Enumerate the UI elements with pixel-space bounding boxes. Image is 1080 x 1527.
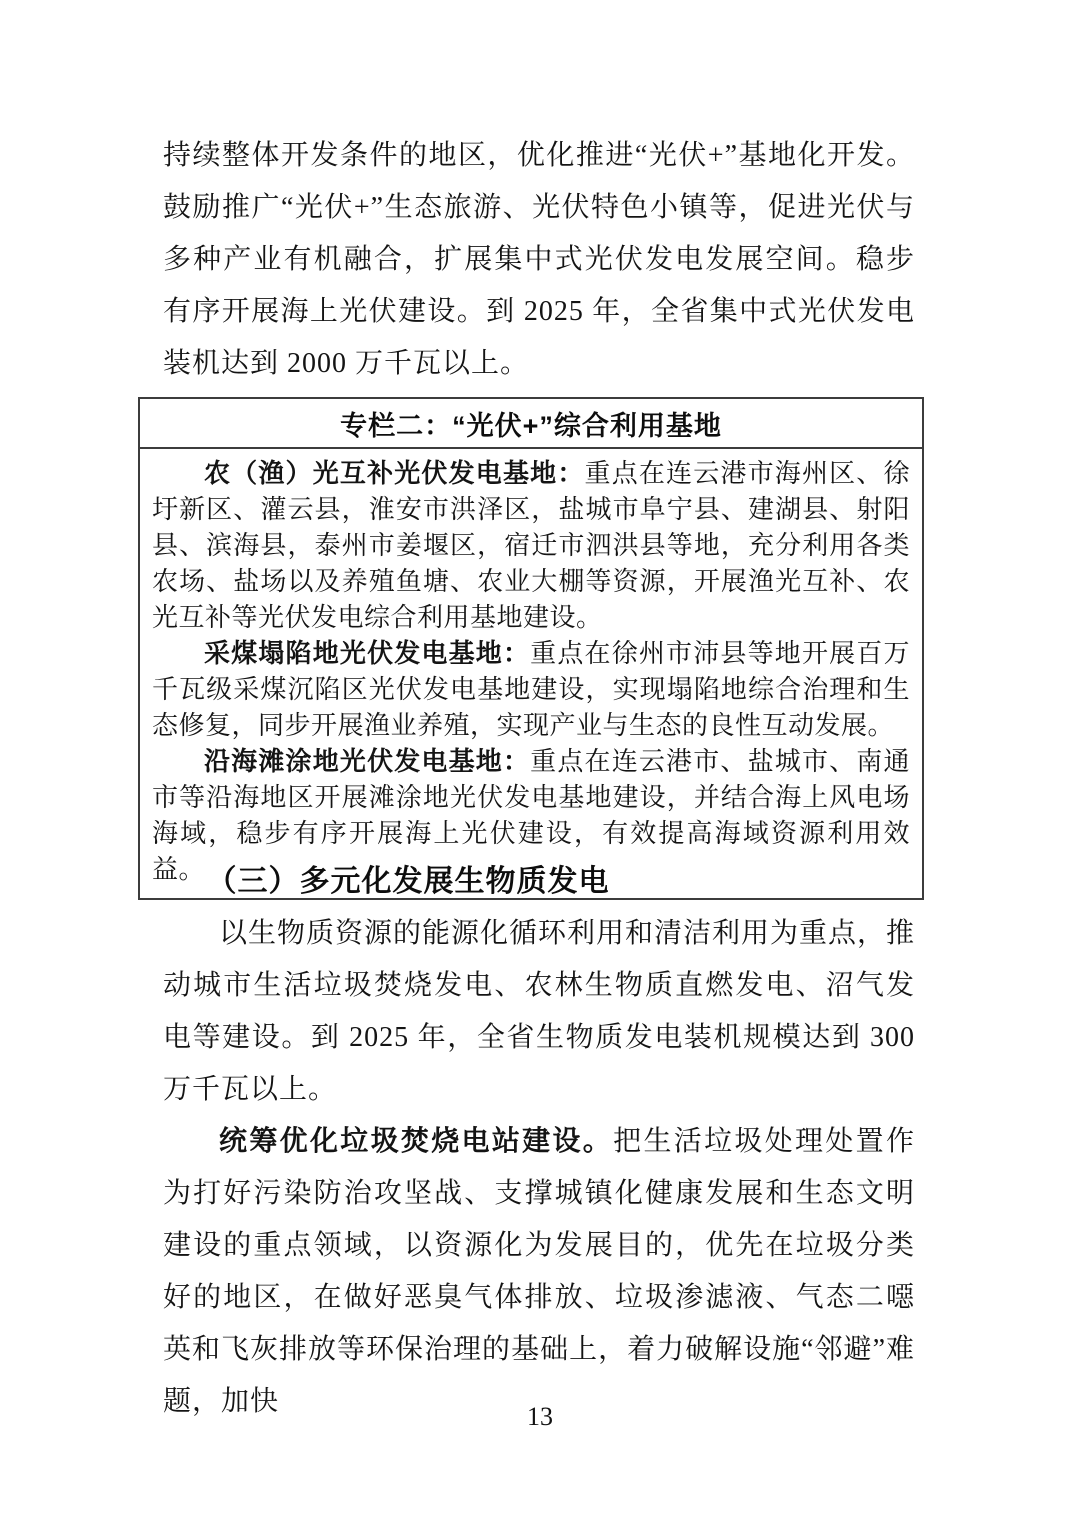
page-number: 13 [0,1402,1080,1432]
feature-box-body: 农（渔）光互补光伏发电基地：重点在连云港市海州区、徐圩新区、灌云县，淮安市洪泽区… [140,449,922,898]
paragraph-text: 以生物质资源的能源化循环利用和清洁利用为重点，推动城市生活垃圾焚烧发电、农林生物… [163,908,915,1116]
paragraph-lead: 统筹优化垃圾焚烧电站建设。 [219,1126,613,1157]
box-item-lead: 沿海滩涂地光伏发电基地： [204,747,530,776]
feature-box-column-2: 专栏二：“光伏+”综合利用基地 农（渔）光互补光伏发电基地：重点在连云港市海州区… [138,397,924,900]
box-item-coal-subsidence: 采煤塌陷地光伏发电基地：重点在徐州市沛县等地开展百万千瓦级采煤沉陷区光伏发电基地… [152,636,910,744]
section-heading: （三）多元化发展生物质发电 [163,856,915,908]
paragraph-text: 统筹优化垃圾焚烧电站建设。把生活垃圾处理处置作为打好污染防治攻坚战、支撑城镇化健… [163,1116,915,1428]
feature-box-title: 专栏二：“光伏+”综合利用基地 [140,399,922,449]
box-item-agrisolar: 农（渔）光互补光伏发电基地：重点在连云港市海州区、徐圩新区、灌云县，淮安市洪泽区… [152,456,910,636]
paragraph-body: 把生活垃圾处理处置作为打好污染防治攻坚战、支撑城镇化健康发展和生态文明建设的重点… [163,1126,915,1417]
section-paragraph-2: 统筹优化垃圾焚烧电站建设。把生活垃圾处理处置作为打好污染防治攻坚战、支撑城镇化健… [163,1116,915,1428]
document-page: 持续整体开发条件的地区，优化推进“光伏+”基地化开发。鼓励推广“光伏+”生态旅游… [0,0,1080,1527]
intro-paragraph: 持续整体开发条件的地区，优化推进“光伏+”基地化开发。鼓励推广“光伏+”生态旅游… [163,130,915,390]
section-paragraph-1: 以生物质资源的能源化循环利用和清洁利用为重点，推动城市生活垃圾焚烧发电、农林生物… [163,908,915,1116]
box-item-lead: 采煤塌陷地光伏发电基地： [204,639,530,668]
box-item-lead: 农（渔）光互补光伏发电基地： [204,459,585,488]
paragraph-text: 持续整体开发条件的地区，优化推进“光伏+”基地化开发。鼓励推广“光伏+”生态旅游… [163,130,915,390]
